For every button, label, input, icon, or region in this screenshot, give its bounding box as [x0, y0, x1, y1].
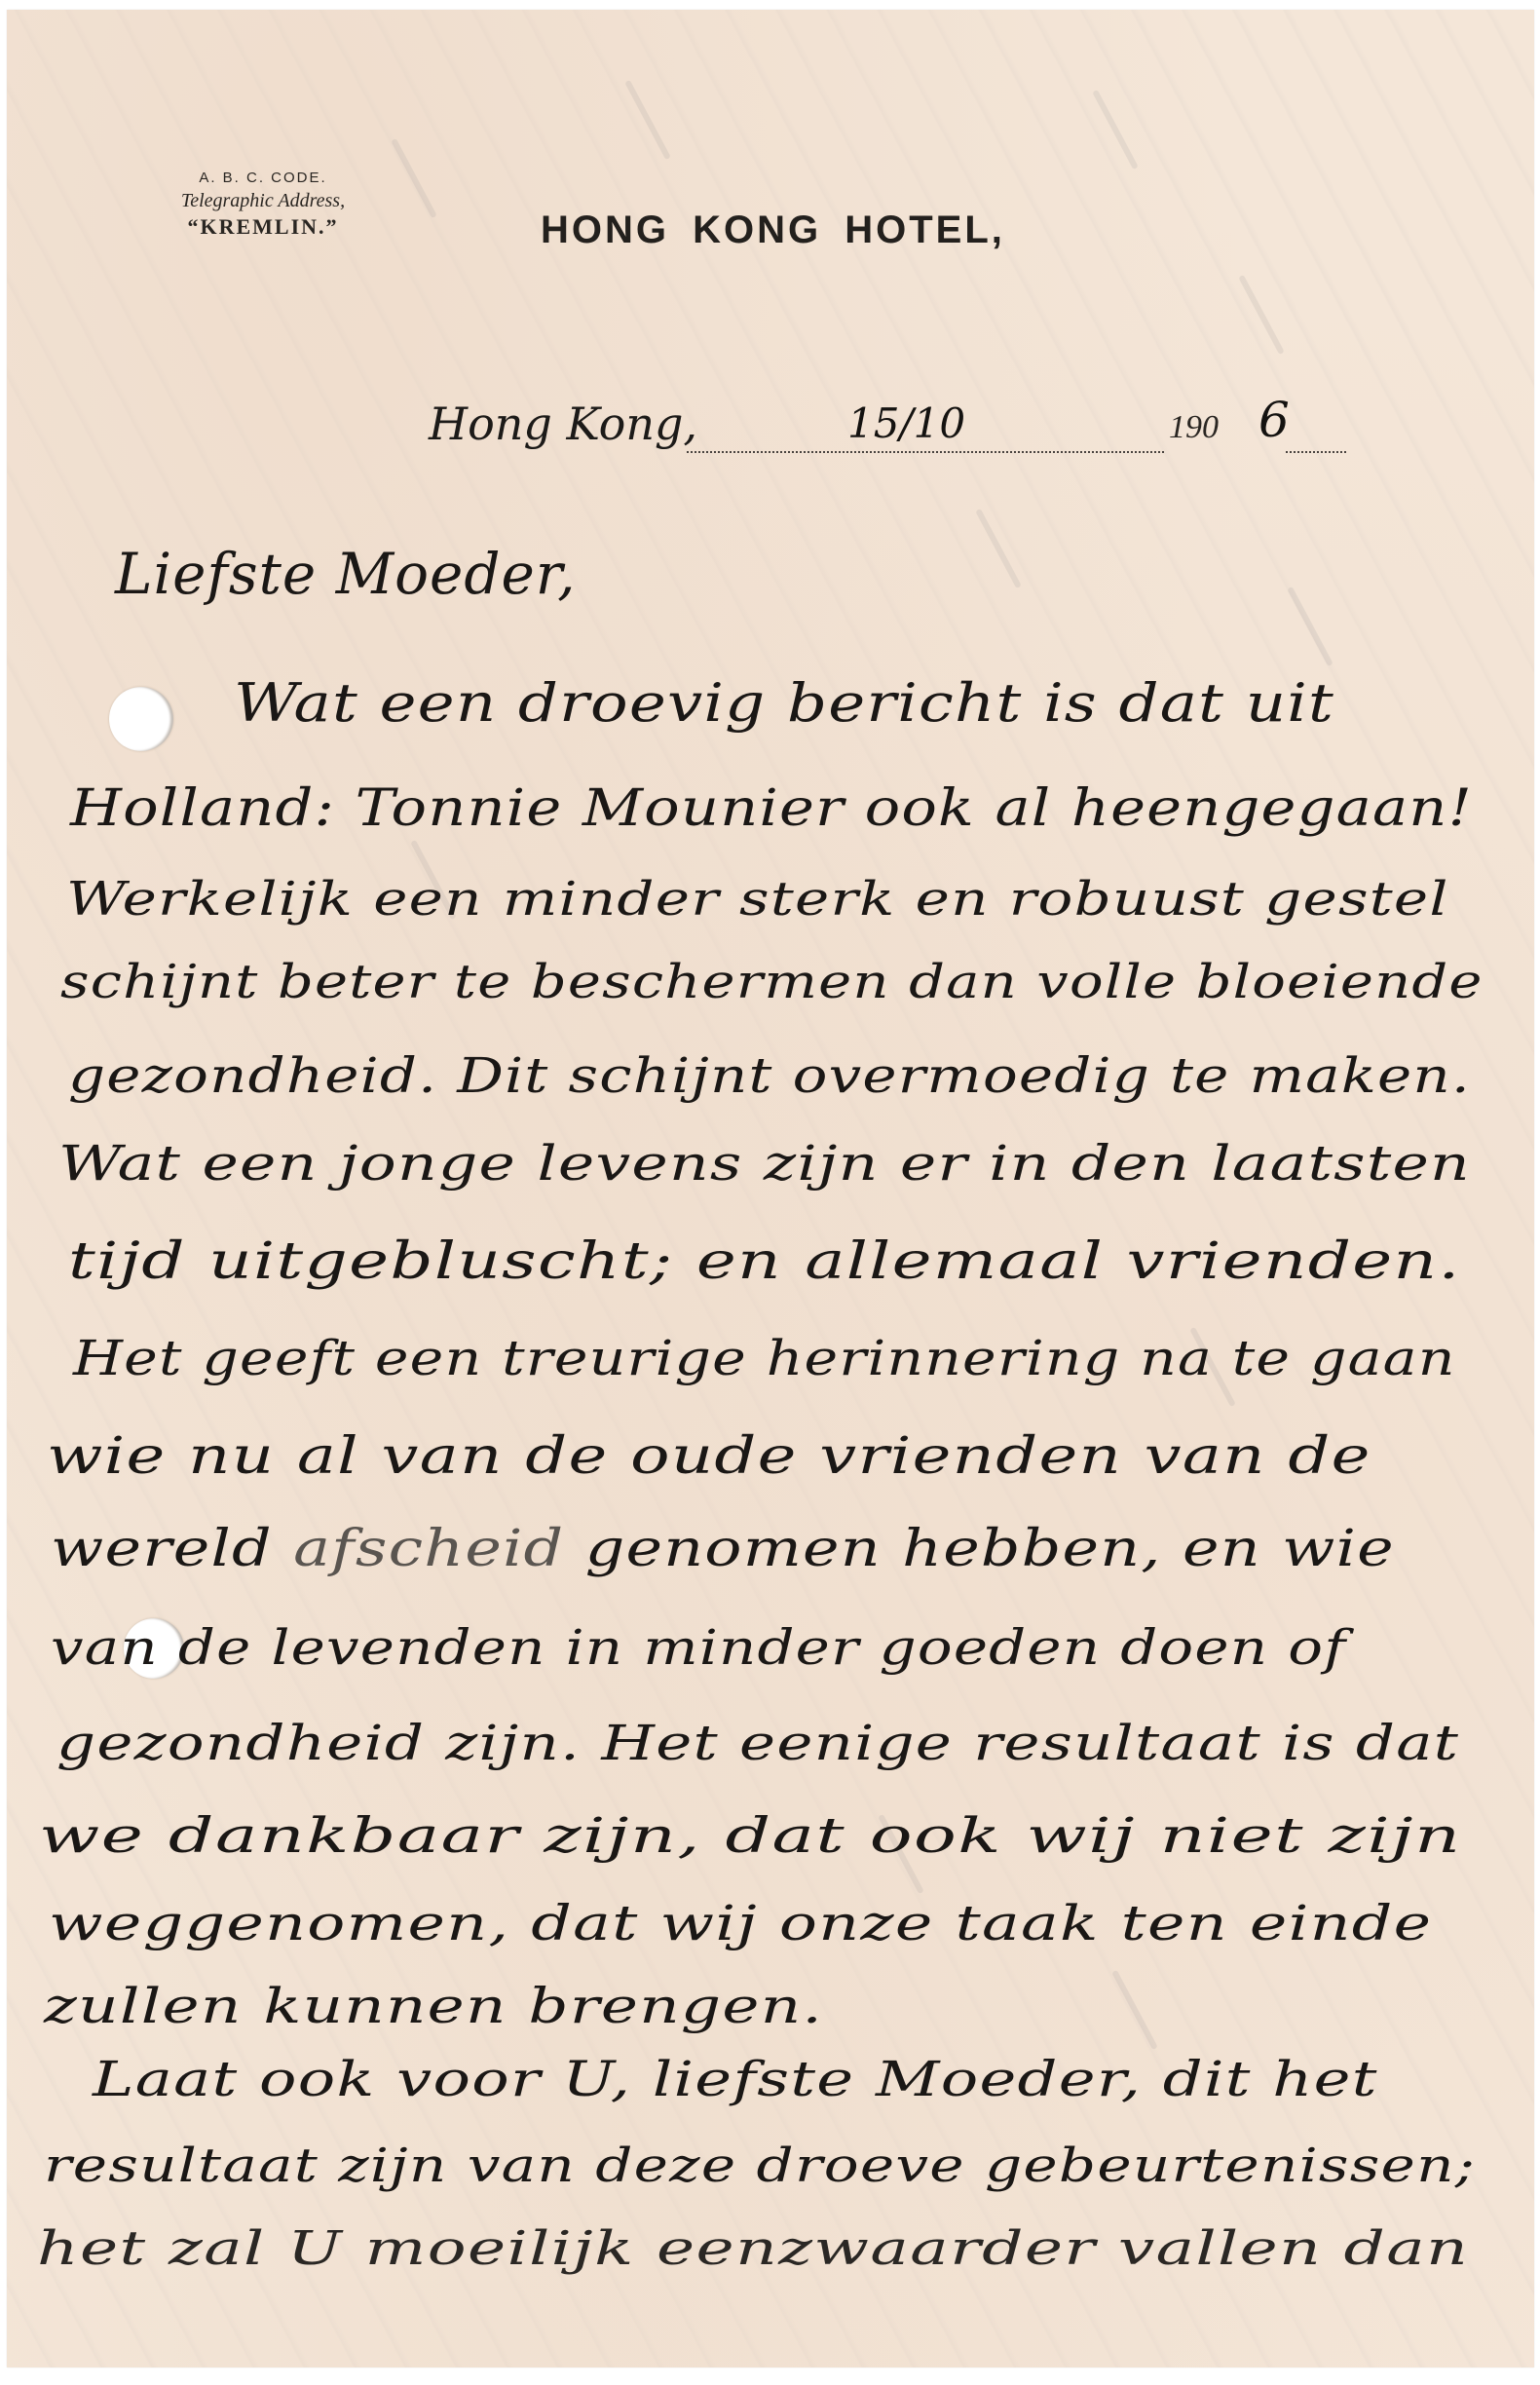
punch-hole — [109, 687, 173, 751]
dotted-rule — [1286, 451, 1346, 453]
handwritten-year-digit: 6 — [1258, 392, 1290, 448]
handwritten-date: 15/10 — [847, 399, 965, 447]
salutation: Liefste Moeder, — [115, 541, 577, 607]
abc-code-line: A. B. C. CODE. — [136, 168, 390, 189]
letter-line: Wat een jonge levens zijn er in den laat… — [58, 1135, 1471, 1192]
telegraphic-label: Telegraphic Address, — [136, 189, 390, 212]
letter-line: Wat een droevig bericht is dat uit — [234, 672, 1334, 734]
letter-line: Werkelijk een minder sterk en robuust ge… — [66, 872, 1449, 927]
letter-line: tijd uitgebluscht; en allemaal vrienden. — [68, 1232, 1461, 1291]
letter-line: schijnt beter te beschermen dan volle bl… — [60, 955, 1484, 1009]
dateline-place: Hong Kong, — [429, 397, 697, 450]
letter-line: wie nu al van de oude vrienden van de — [47, 1427, 1371, 1486]
letter-line: van de levenden in minder goeden doen of — [51, 1619, 1346, 1676]
letter-line: het zal U moeilijk eenzwaarder vallen da… — [37, 2221, 1469, 2276]
letter-line: resultaat zijn van deze droeve gebeurten… — [44, 2139, 1476, 2193]
letter-line: Holland: Tonnie Mounier ook al heengegaa… — [70, 779, 1473, 838]
letter-line: gezondheid zijn. Het eenige resultaat is… — [56, 1715, 1459, 1771]
letter-line: gezondheid. Dit schijnt overmoedig te ma… — [68, 1047, 1471, 1104]
hotel-name-heading: HONG KONG HOTEL, — [541, 208, 1005, 252]
letter-line: wereld afscheid genomen hebben, en wie — [51, 1520, 1395, 1578]
printed-year-prefix: 190 — [1169, 409, 1219, 446]
word-rest: genomen hebben, en wie — [564, 1520, 1395, 1578]
letter-line: Laat ook voor U, liefste Moeder, dit het — [93, 2051, 1378, 2107]
faded-word: afscheid — [293, 1520, 564, 1578]
dateline: Hong Kong, 15/10 190 6 — [429, 397, 1354, 466]
letter-line: zullen kunnen brengen. — [44, 1978, 823, 2034]
telegraphic-address: “KREMLIN.” — [136, 212, 390, 242]
telegraphic-block: A. B. C. CODE. Telegraphic Address, “KRE… — [136, 168, 390, 242]
word-wereld: wereld — [51, 1520, 293, 1578]
dotted-rule — [687, 451, 1164, 453]
letter-line: weggenomen, dat wij onze taak ten einde — [49, 1895, 1432, 1951]
letter-line: we dankbaar zijn, dat ook wij niet zijn — [39, 1807, 1461, 1864]
letter-line: Het geeft een treurige herinnering na te… — [73, 1330, 1456, 1386]
